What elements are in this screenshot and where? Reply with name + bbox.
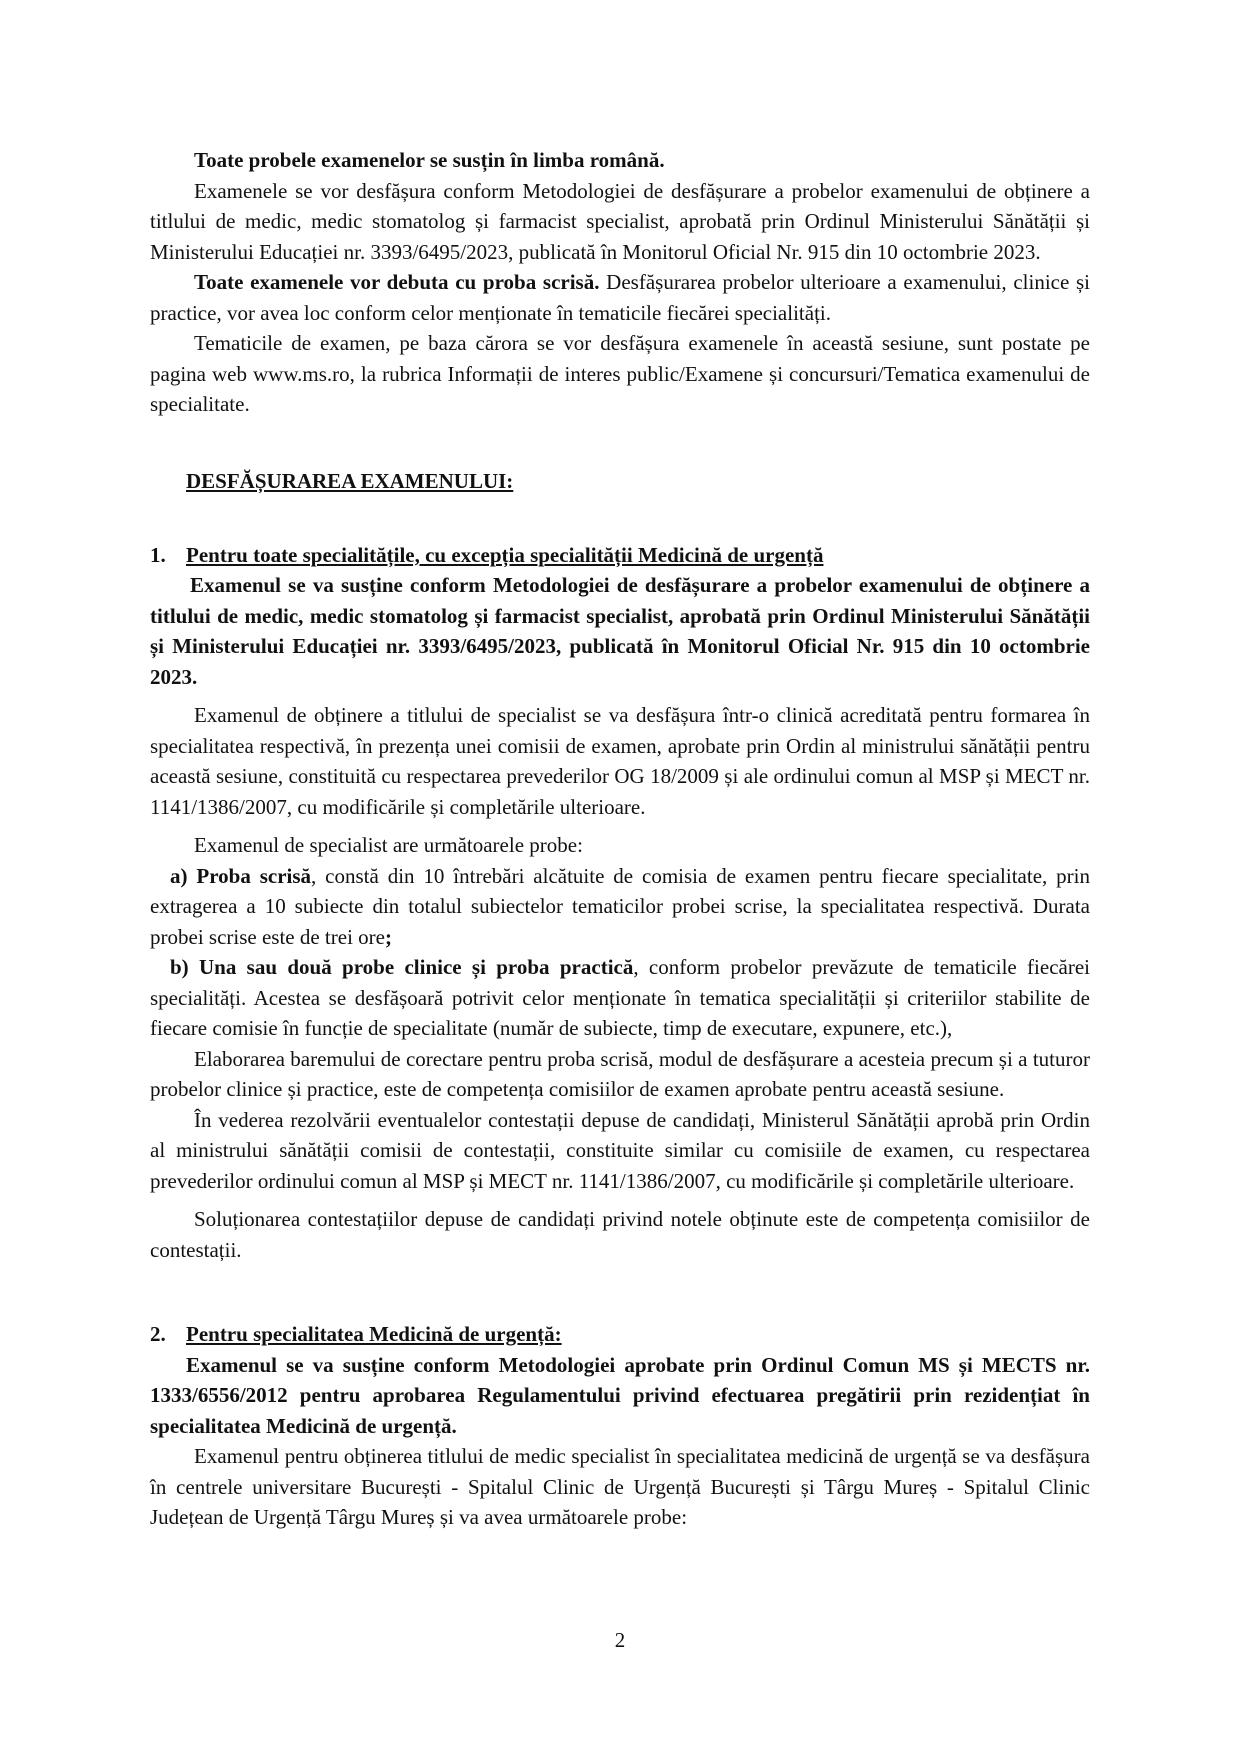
section1-title: 1. Pentru toate specialitățile, cu excep… [150, 540, 1090, 571]
section2-methodology: Examenul se va susține conform Metodolog… [150, 1350, 1090, 1442]
page-number: 2 [0, 1628, 1240, 1653]
section2-title-text: Pentru specialitatea Medicină de urgență… [186, 1319, 562, 1350]
section1-methodology: Examenul se va susține conform Metodolog… [150, 570, 1090, 692]
section1-location-paragraph: Examenul de obținere a titlului de speci… [150, 700, 1090, 822]
section1-title-text: Pentru toate specialitățile, cu excepția… [186, 540, 823, 571]
item-a-label: a) Proba scrisă [170, 864, 311, 888]
intro-topics-paragraph: Tematicile de examen, pe baza cărora se … [150, 328, 1090, 420]
section1-solutionare-paragraph: Soluționarea contestațiilor depuse de ca… [150, 1204, 1090, 1265]
section-heading: DESFĂȘURAREA EXAMENULUI: [150, 466, 1090, 496]
section1-number: 1. [150, 540, 186, 571]
item-b-clinical-exam: b) Una sau două probe clinice și proba p… [150, 952, 1090, 1044]
item-a-end: ; [385, 925, 392, 949]
written-first-bold: Toate examenele vor debuta cu proba scri… [194, 270, 599, 294]
intro-written-first-paragraph: Toate examenele vor debuta cu proba scri… [150, 267, 1090, 328]
intro-methodology-paragraph: Examenele se vor desfășura conform Metod… [150, 176, 1090, 268]
section2-number: 2. [150, 1319, 186, 1350]
section2-centres-paragraph: Examenul pentru obținerea titlului de me… [150, 1441, 1090, 1533]
item-a-written-exam: a) Proba scrisă, constă din 10 întrebări… [150, 861, 1090, 953]
document-page: Toate probele examenelor se susțin în li… [150, 145, 1090, 1533]
section1-contestatii-paragraph: În vederea rezolvării eventualelor conte… [150, 1105, 1090, 1197]
intro-language-note: Toate probele examenelor se susțin în li… [150, 145, 1090, 176]
section1-barem-paragraph: Elaborarea baremului de corectare pentru… [150, 1044, 1090, 1105]
section2-title: 2. Pentru specialitatea Medicină de urge… [150, 1319, 1090, 1350]
item-b-label: b) Una sau două probe clinice și proba p… [170, 955, 633, 979]
section1-probe-intro: Examenul de specialist are următoarele p… [150, 830, 1090, 861]
